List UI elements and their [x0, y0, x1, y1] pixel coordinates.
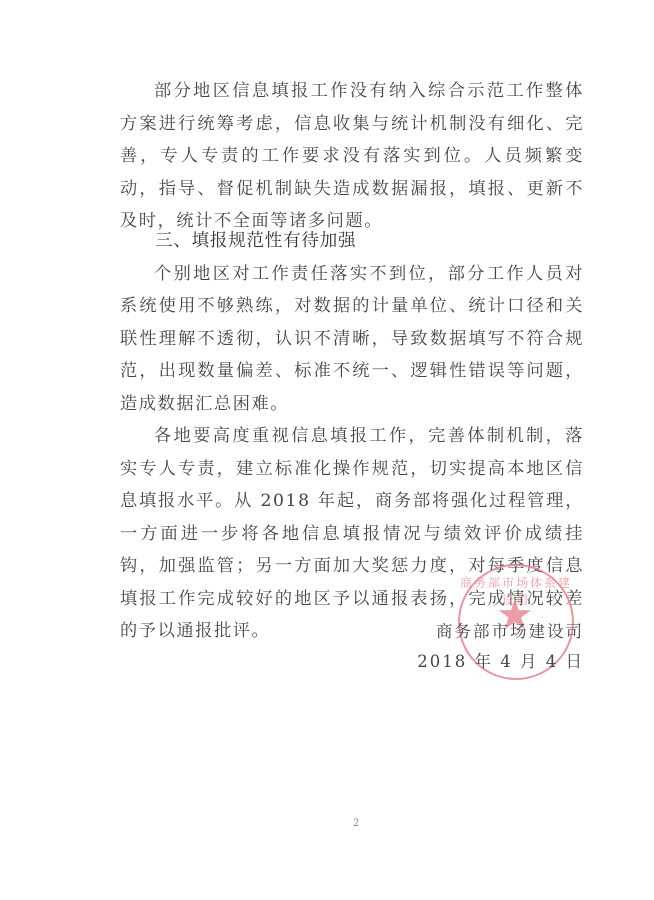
page-number: 2 — [353, 818, 359, 829]
document-page: 部分地区信息填报工作没有纳入综合示范工作整体方案进行统筹考虑，信息收集与统计机制… — [0, 0, 654, 900]
signature-block: 商务部市场建设司 2018 年 4 月 4 日 — [417, 617, 584, 677]
paragraph-2: 个别地区对工作责任落实不到位，部分工作人员对系统使用不够熟练，对数据的计量单位、… — [120, 258, 584, 421]
signature-organization: 商务部市场建设司 — [417, 617, 584, 647]
body-text-top: 部分地区信息填报工作没有纳入综合示范工作整体方案进行统筹考虑，信息收集与统计机制… — [120, 75, 584, 238]
signature-date: 2018 年 4 月 4 日 — [417, 647, 584, 677]
section-heading: 三、填报规范性有待加强 — [120, 225, 584, 258]
paragraph-1: 部分地区信息填报工作没有纳入综合示范工作整体方案进行统筹考虑，信息收集与统计机制… — [120, 75, 584, 238]
